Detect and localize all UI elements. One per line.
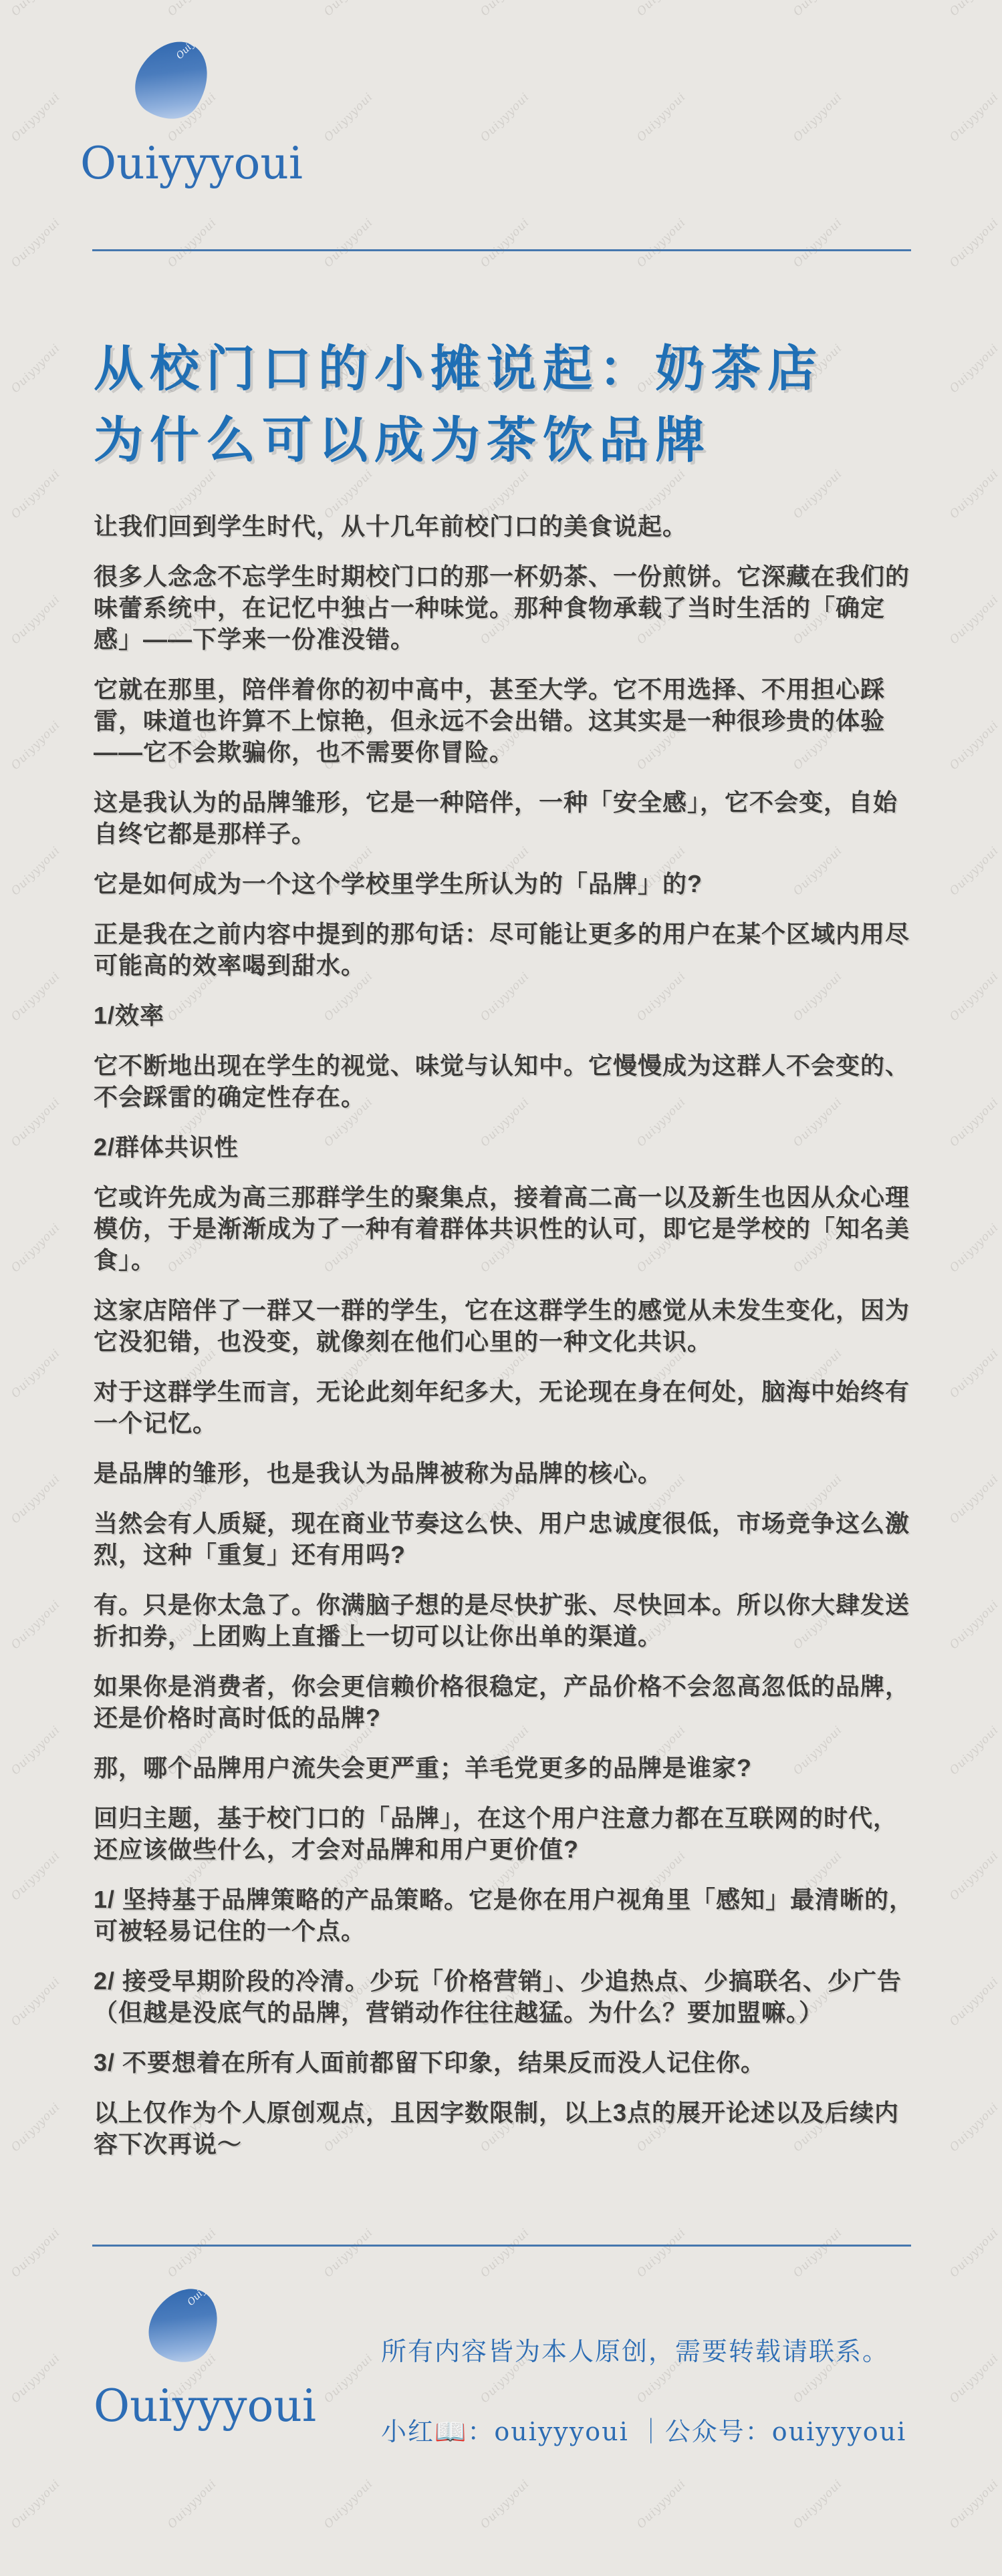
article-paragraph: 正是我在之前内容中提到的那句话：尽可能让更多的用户在某个区域内用尽可能高的效率喝… <box>94 918 914 981</box>
logo-egg-watermark-text: Ouiyyyoui <box>174 28 215 61</box>
watermark-text: Ouiyyyoui <box>791 2477 845 2531</box>
watermark-text: Ouiyyyoui <box>947 718 1001 772</box>
watermark-text: Ouiyyyoui <box>322 2351 376 2406</box>
watermark-text: Ouiyyyoui <box>478 2226 532 2280</box>
article-paragraph: 它就在那里，陪伴着你的初中高中，甚至大学。它不用选择、不用担心踩雷，味道也许算不… <box>94 674 914 768</box>
watermark-text: Ouiyyyoui <box>9 1221 63 1275</box>
watermark-text: Ouiyyyoui <box>947 1849 1001 1903</box>
watermark-text: Ouiyyyoui <box>947 844 1001 898</box>
footer-note-block: 所有内容皆为本人原创，需要转载请联系。 小红📖：ouiyyyoui ｜公众号：o… <box>381 2335 906 2448</box>
watermark-text: Ouiyyyoui <box>947 1221 1001 1275</box>
watermark-text: Ouiyyyoui <box>9 1723 63 1777</box>
watermark-text: Ouiyyyoui <box>9 1095 63 1149</box>
article-paragraph: 很多人念念不忘学生时期校门口的那一杯奶茶、一份煎饼。它深藏在我们的味蕾系统中，在… <box>94 561 914 655</box>
article-paragraph: 它是如何成为一个这个学校里学生所认为的「品牌」的? <box>94 868 914 899</box>
article-paragraph: 1/效率 <box>94 1000 914 1031</box>
watermark-text: Ouiyyyoui <box>9 1849 63 1903</box>
footer-brand-logo-egg: Ouiyyyoui <box>137 2276 233 2375</box>
watermark-text: Ouiyyyoui <box>634 0 688 19</box>
article-title-line1: 从校门口的小摊说起：奶茶店 <box>94 341 824 396</box>
watermark-text: Ouiyyyoui <box>947 1346 1001 1401</box>
watermark-text: Ouiyyyoui <box>791 216 845 270</box>
watermark-text: Ouiyyyoui <box>634 2226 688 2280</box>
watermark-text: Ouiyyyoui <box>947 2351 1001 2406</box>
article-paragraph: 回归主题，基于校门口的「品牌」，在这个用户注意力都在互联网的时代，还应该做些什么… <box>94 1802 914 1865</box>
watermark-text: Ouiyyyoui <box>947 90 1001 144</box>
article-paragraph: 它不断地出现在学生的视觉、味觉与认知中。它慢慢成为这群人不会变的、不会踩雷的确定… <box>94 1050 914 1113</box>
watermark-text: Ouiyyyoui <box>9 90 63 144</box>
watermark-text: Ouiyyyoui <box>165 2477 219 2531</box>
article-paragraph: 那，哪个品牌用户流失会更严重；羊毛党更多的品牌是谁家? <box>94 1752 914 1783</box>
watermark-text: Ouiyyyoui <box>9 2351 63 2406</box>
watermark-text: Ouiyyyoui <box>9 467 63 521</box>
article-paragraph: 它或许先成为高三那群学生的聚集点，接着高二高一以及新生也因从众心理模仿，于是渐渐… <box>94 1181 914 1276</box>
watermark-text: Ouiyyyoui <box>478 0 532 19</box>
watermark-text: Ouiyyyoui <box>9 0 63 19</box>
article-paragraph: 如果你是消费者，你会更信赖价格很稳定，产品价格不会忽高忽低的品牌，还是价格时高时… <box>94 1671 914 1733</box>
watermark-text: Ouiyyyoui <box>9 844 63 898</box>
watermark-text: Ouiyyyoui <box>791 90 845 144</box>
watermark-text: Ouiyyyoui <box>947 1723 1001 1777</box>
watermark-text: Ouiyyyoui <box>947 341 1001 396</box>
article-paragraph: 这是我认为的品牌雏形，它是一种陪伴，一种「安全感」，它不会变，自始自终它都是那样… <box>94 786 914 849</box>
footer-logo-egg-watermark-text: Ouiyyyoui <box>186 2276 227 2308</box>
article-title-line2: 为什么可以成为茶饮品牌 <box>94 412 711 468</box>
article-paragraph: 1/ 坚持基于品牌策略的产品策略。它是你在用户视角里「感知」最清晰的，可被轻易记… <box>94 1884 914 1947</box>
article-paragraph: 是品牌的雏形，也是我认为品牌被称为品牌的核心。 <box>94 1457 914 1489</box>
article-body: 让我们回到学生时代，从十几年前校门口的美食说起。很多人念念不忘学生时期校门口的那… <box>94 511 914 2160</box>
brand-wordmark: Ouiyyyoui <box>80 142 303 186</box>
watermark-text: Ouiyyyoui <box>947 593 1001 647</box>
brand-logo-egg: Ouiyyyoui <box>123 28 224 132</box>
watermark-text: Ouiyyyoui <box>791 0 845 19</box>
top-divider-line <box>92 249 911 251</box>
watermark-text: Ouiyyyoui <box>9 593 63 647</box>
article-paragraph: 这家店陪伴了一群又一群的学生，它在这群学生的感觉从未发生变化，因为它没犯错，也没… <box>94 1294 914 1357</box>
watermark-text: Ouiyyyoui <box>947 467 1001 521</box>
watermark-text: Ouiyyyoui <box>634 90 688 144</box>
watermark-text: Ouiyyyoui <box>9 216 63 270</box>
article-paragraph: 对于这群学生而言，无论此刻年纪多大，无论现在身在何处，脑海中始终有一个记忆。 <box>94 1376 914 1439</box>
article-paragraph: 2/ 接受早期阶段的冷清。少玩「价格营销」、少追热点、少搞联名、少广告（但越是没… <box>94 1965 914 2028</box>
watermark-text: Ouiyyyoui <box>322 0 376 19</box>
watermark-text: Ouiyyyoui <box>322 2226 376 2280</box>
watermark-text: Ouiyyyoui <box>791 2226 845 2280</box>
footer-brand-wordmark: Ouiyyyoui <box>94 2384 316 2428</box>
watermark-text: Ouiyyyoui <box>478 216 532 270</box>
watermark-text: Ouiyyyoui <box>9 1598 63 1652</box>
footer-copyright-note: 所有内容皆为本人原创，需要转载请联系。 <box>381 2335 906 2368</box>
watermark-text: Ouiyyyoui <box>947 1095 1001 1149</box>
watermark-text: Ouiyyyoui <box>947 2477 1001 2531</box>
article-paragraph: 有。只是你太急了。你满脑子想的是尽快扩张、尽快回本。所以你大肆发送折扣券，上团购… <box>94 1589 914 1652</box>
watermark-text: Ouiyyyoui <box>9 2226 63 2280</box>
watermark-text: Ouiyyyoui <box>165 0 219 19</box>
watermark-text: Ouiyyyoui <box>322 216 376 270</box>
article-paragraph: 当然会有人质疑，现在商业节奏这么快、用户忠诚度很低，市场竞争这么激烈，这种「重复… <box>94 1508 914 1570</box>
watermark-text: Ouiyyyoui <box>9 1346 63 1401</box>
watermark-text: Ouiyyyoui <box>947 0 1001 19</box>
watermark-text: Ouiyyyoui <box>165 216 219 270</box>
watermark-text: Ouiyyyoui <box>9 2100 63 2154</box>
watermark-text: Ouiyyyoui <box>9 718 63 772</box>
watermark-text: Ouiyyyoui <box>478 2477 532 2531</box>
article: 从校门口的小摊说起：奶茶店 为什么可以成为茶饮品牌 让我们回到学生时代，从十几年… <box>94 333 914 2178</box>
watermark-text: Ouiyyyoui <box>947 970 1001 1024</box>
watermark-text: Ouiyyyoui <box>947 1975 1001 2029</box>
post-page: Ouiyyyoui Ouiyyyoui 从校门口的小摊说起：奶茶店 为什么可以成… <box>0 0 1002 2576</box>
footer-contact-accounts: 小红📖：ouiyyyoui ｜公众号：ouiyyyoui <box>381 2416 906 2448</box>
watermark-text: Ouiyyyoui <box>947 1472 1001 1526</box>
article-paragraph: 让我们回到学生时代，从十几年前校门口的美食说起。 <box>94 511 914 542</box>
article-paragraph: 以上仅作为个人原创观点，且因字数限制，以上3点的展开论述以及后续内容下次再说～ <box>94 2097 914 2160</box>
watermark-text: Ouiyyyoui <box>634 2477 688 2531</box>
watermark-text: Ouiyyyoui <box>165 2226 219 2280</box>
watermark-text: Ouiyyyoui <box>322 2477 376 2531</box>
watermark-text: Ouiyyyoui <box>9 970 63 1024</box>
watermark-text: Ouiyyyoui <box>947 2226 1001 2280</box>
watermark-text: Ouiyyyoui <box>947 1598 1001 1652</box>
watermark-text: Ouiyyyoui <box>9 341 63 396</box>
watermark-text: Ouiyyyoui <box>634 216 688 270</box>
watermark-text: Ouiyyyoui <box>322 90 376 144</box>
watermark-text: Ouiyyyoui <box>947 216 1001 270</box>
watermark-text: Ouiyyyoui <box>947 2100 1001 2154</box>
watermark-text: Ouiyyyoui <box>478 90 532 144</box>
article-title: 从校门口的小摊说起：奶茶店 为什么可以成为茶饮品牌 <box>94 333 914 476</box>
bottom-divider-line <box>92 2245 911 2247</box>
article-paragraph: 3/ 不要想着在所有人面前都留下印象，结果反而没人记住你。 <box>94 2047 914 2078</box>
watermark-text: Ouiyyyoui <box>9 1975 63 2029</box>
watermark-text: Ouiyyyoui <box>9 1472 63 1526</box>
watermark-text: Ouiyyyoui <box>9 2477 63 2531</box>
article-paragraph: 2/群体共识性 <box>94 1131 914 1163</box>
